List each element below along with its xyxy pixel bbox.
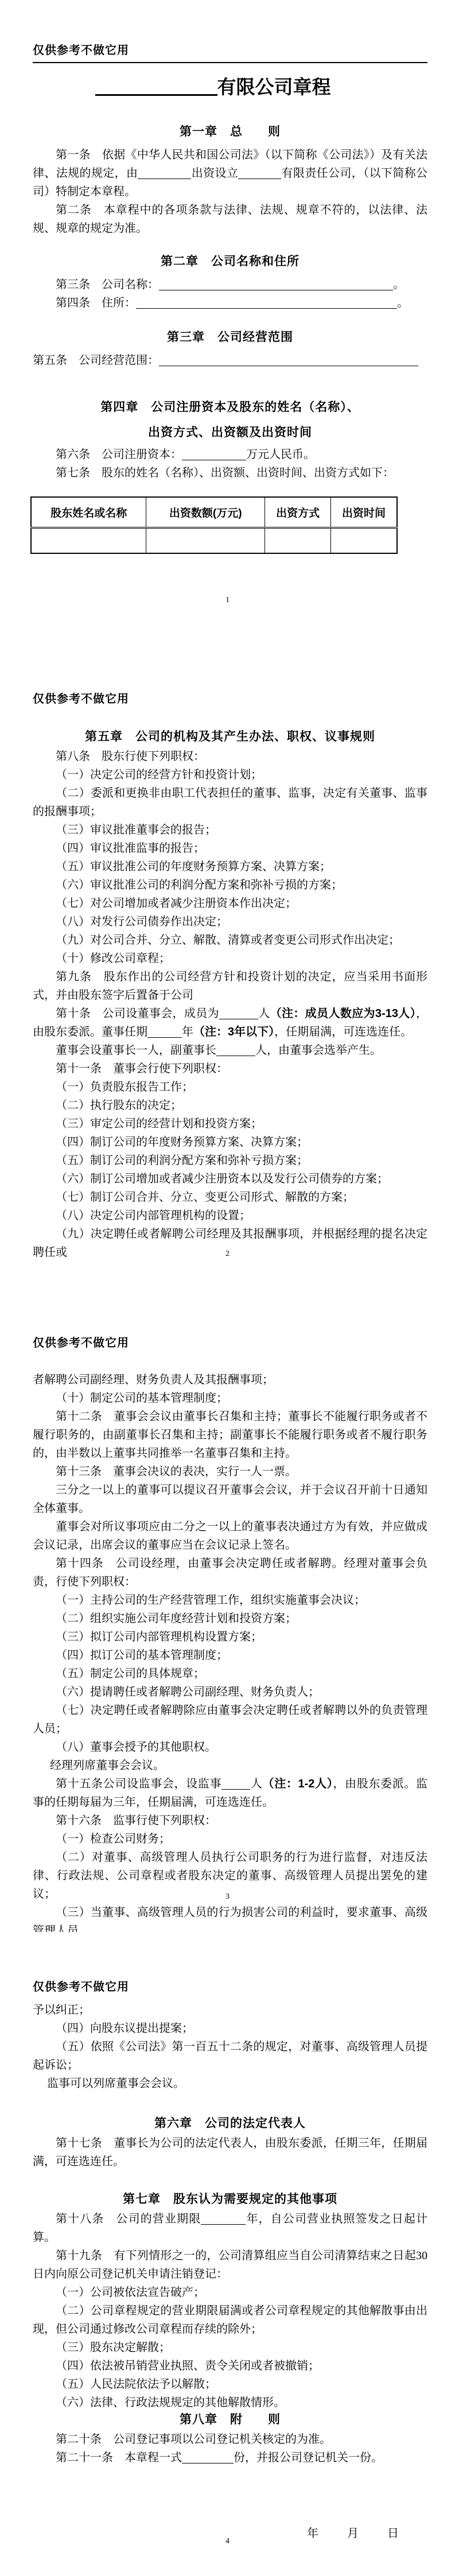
blank-field <box>159 278 393 290</box>
paragraph: 第二条 本章程中的各项条款与法律、法规、规章不符的，以法律、法规、规章的规定为准… <box>33 201 427 238</box>
table-row <box>31 528 397 554</box>
blank-field <box>238 167 281 179</box>
paragraph: 第十八条 公司的营业期限年，自公司营业执照签发之日起计算。 <box>33 2210 427 2247</box>
text-run: 第十二条 董事会会议由董事长召集和主持；董事长不能履行职务或者不履行职务的，由副… <box>33 1410 427 1460</box>
paragraph: 监事可以列席董事会会议。 <box>33 2074 427 2093</box>
text-run: （五）审议批准公司的年度财务预算方案、决算方案； <box>56 860 331 873</box>
paragraph: 第五条 公司经营范围： <box>33 351 427 370</box>
chapter-heading: 第五章 公司的机构及其产生办法、职权、议事规则 <box>33 727 427 747</box>
paragraph: 第七条 股东的姓名（名称）、出资额、出资时间、出资方式如下： <box>33 464 427 482</box>
text-run: 第十四条 公司设经理，由董事会决定聘任或者解聘。经理对董事会负责，行使下列职权： <box>33 1557 427 1588</box>
paragraph: （六）提请聘任或者解聘公司副经理、财务负责人； <box>33 1683 427 1701</box>
chapter-heading: 第七章 股东认为需要规定的其他事项 <box>33 2189 427 2210</box>
blank-field <box>216 1044 255 1056</box>
page-3: 仅供参考不做它用者解聘公司副经理、财务负责人及其报酬事项；（十）制定公司的基本管… <box>0 1288 455 1932</box>
text-run: 份，并报公司登记机关一份。 <box>234 2451 383 2464</box>
text-run: 者解聘公司副经理、财务负责人及其报酬事项； <box>33 1374 274 1386</box>
table-header-cell: 股东姓名或名称 <box>31 497 146 528</box>
chapter-heading-line: 第六章 公司的法定代表人 <box>33 2113 427 2134</box>
paragraph: （五）依照《公司法》第一百五十二条的规定，对董事、高级管理人员提起诉讼； <box>33 2038 427 2074</box>
text-run: 第十三条 董事会决议的表决，实行一人一票。 <box>56 1465 297 1478</box>
bold-note: （注：成员人数应为3-13人） <box>270 1007 416 1020</box>
page-1: 仅供参考不做它用有限公司章程第一章 总 则第一条 依据《中华人民共和国公司法》（… <box>0 0 455 644</box>
paragraph: （三）审定公司的经营计划和投资方案； <box>33 1115 427 1133</box>
chapter-heading: 第四章 公司注册资本及股东的姓名（名称）、出资方式、出资额及出资时间 <box>33 395 427 445</box>
text-run: （六）法律、行政法规规定的其他解散情形。 <box>56 2396 285 2409</box>
chapter-heading-line: 第八章 附 则 <box>33 2410 427 2430</box>
page-4: 仅供参考不做它用予以纠正；（四）向股东议提出提案；（五）依照《公司法》第一百五十… <box>0 1932 455 2576</box>
text-run: 第十条 公司设董事会，成员为 <box>56 1007 219 1020</box>
text-run: （三）审定公司的经营计划和投资方案； <box>56 1118 262 1130</box>
bold-note: （注：1-2人） <box>263 1778 333 1790</box>
paragraph: （三）审议批准董事会的报告； <box>33 821 427 839</box>
text-run: 第二十条 公司登记事项以公司登记机关核定的为准。 <box>56 2433 331 2446</box>
chapter-heading-line: 第一章 总 则 <box>33 122 427 142</box>
text-run: （五）人民法院依法予以解散； <box>56 2378 216 2391</box>
table-header-row: 股东姓名或名称出资数额(万元)出资方式出资时间 <box>31 497 397 528</box>
blank-field <box>138 167 191 179</box>
paragraph: （一）主持公司的生产经营管理工作，组织实施董事会决议； <box>33 1591 427 1609</box>
chapter-heading: 第八章 附 则 <box>33 2410 427 2430</box>
text-run: 第七条 股东的姓名（名称）、出资额、出资时间、出资方式如下： <box>56 467 394 479</box>
text-run: 人 <box>258 1007 270 1020</box>
paragraph: （二）委派和更换非由职工代表担任的董事、监事，决定有关董事、监事的报酬事项； <box>33 784 427 821</box>
text-run: （十）修改公司章程； <box>56 952 170 965</box>
text-run: （三）股东决定解散； <box>56 2341 170 2354</box>
text-run: 出资设立 <box>191 167 238 180</box>
text-run: 万元人民币。 <box>246 448 315 461</box>
table-cell <box>265 528 331 554</box>
text-run: 董事会对所议事项应由二分之一以上的董事表决通过方为有效，并应做成会议记录，出席会… <box>33 1520 427 1551</box>
text-run: 经理列席董事会会议。 <box>50 1759 165 1772</box>
watermark-text: 仅供参考不做它用 <box>33 1334 427 1352</box>
paragraph: （二）执行股东的决定； <box>33 1096 427 1115</box>
text-run: （二）组织实施公司年度经营计划和投资方案； <box>56 1612 297 1625</box>
table-head: 股东姓名或名称出资数额(万元)出资方式出资时间 <box>31 497 397 528</box>
blank-field <box>182 2451 234 2464</box>
text-run: 人，由董事会选举产生。 <box>255 1044 382 1057</box>
paragraph: 第十三条 董事会决议的表决，实行一人一票。 <box>33 1462 427 1481</box>
text-run: 第二条 本章程中的各项条款与法律、法规、规章不符的，以法律、法规、规章的规定为准… <box>33 204 427 235</box>
chapter-heading-line: 第三章 公司经营范围 <box>33 327 427 348</box>
text-run: （二）公司章程规定的营业期限届满或者公司章程规定的其他解散事由出现，但公司通过修… <box>33 2305 427 2336</box>
paragraph: 三分之一以上的董事可以提议召开董事会会议，并于会议召开前十日通知全体董事。 <box>33 1481 427 1518</box>
blank-field <box>219 1007 258 1019</box>
text-run: 第四条 住所： <box>56 297 136 309</box>
text-run: 三分之一以上的董事可以提议召开董事会会议，并于会议召开前十日通知全体董事。 <box>33 1484 427 1515</box>
paragraph: 董事会对所议事项应由二分之一以上的董事表决通过方为有效，并应做成会议记录，出席会… <box>33 1518 427 1554</box>
text-run: （四）审议批准监事的报告； <box>56 842 205 855</box>
paragraph: 第九条 股东作出的公司经营方针和投资计划的决定，应当采用书面形式，并由股东签字后… <box>33 968 427 1004</box>
paragraph: （三）股东决定解散； <box>33 2338 427 2357</box>
page-number: 4 <box>0 2537 455 2546</box>
blank-field <box>201 2213 246 2225</box>
text-run: 监事可以列席董事会会议。 <box>47 2077 185 2090</box>
paragraph: （一）检查公司财务； <box>33 1830 427 1848</box>
document-title: 有限公司章程 <box>33 75 427 100</box>
text-run: （九）对公司合并、分立、解散、清算或者变更公司形式作出决定； <box>56 934 400 946</box>
paragraph: （三）拟订公司内部管理机构设置方案； <box>33 1628 427 1646</box>
paragraph: 第八条 股东行使下列职权： <box>33 747 427 766</box>
chapter-heading: 第二章 公司名称和住所 <box>33 251 427 272</box>
table-cell <box>31 528 146 554</box>
text-run: （三）当董事、高级管理人员的行为损害公司的利益时，要求董事、高级管理人员 <box>33 1906 427 1932</box>
text-run: 。 <box>393 278 405 291</box>
text-run: 董事会设董事长一人，副董事长 <box>56 1044 216 1057</box>
text-run: 第八条 股东行使下列职权： <box>56 750 205 763</box>
page-number: 3 <box>0 1892 455 1902</box>
paragraph: （四）审议批准监事的报告； <box>33 839 427 858</box>
paragraph: 第六条 公司注册资本：万元人民币。 <box>33 445 427 464</box>
bold-note: （注：3年以下） <box>193 1026 274 1038</box>
page-2: 仅供参考不做它用第五章 公司的机构及其产生办法、职权、议事规则第八条 股东行使下… <box>0 644 455 1288</box>
paragraph: 第二十一条 本章程一式份，并报公司登记机关一份。 <box>33 2449 427 2467</box>
paragraph: （一）负责股东报告工作； <box>33 1078 427 1096</box>
page-number: 1 <box>0 596 455 605</box>
paragraph: 第十一条 董事会行使下列职权： <box>33 1060 427 1078</box>
title-blank-field <box>95 83 217 96</box>
table-cell <box>331 528 397 554</box>
paragraph: 第十六条 监事行使下列职权： <box>33 1811 427 1830</box>
text-run: （五）制订公司的利润分配方案和弥补亏损方案； <box>56 1154 308 1167</box>
paragraph: （三）当董事、高级管理人员的行为损害公司的利益时，要求董事、高级管理人员 <box>33 1903 427 1932</box>
paragraph: （五）制订公司的利润分配方案和弥补亏损方案； <box>33 1151 427 1170</box>
paragraph: （十）修改公司章程； <box>33 949 427 968</box>
text-run: （一）公司被依法宣告破产； <box>56 2286 205 2299</box>
chapter-heading-line: 第七章 股东认为需要规定的其他事项 <box>33 2189 427 2210</box>
text-run: （四）依法被吊销营业执照、责令关闭或者被撤销； <box>56 2360 320 2372</box>
text-run: ，任期届满，可连选连任。 <box>274 1026 412 1038</box>
text-run: 第十一条 董事会行使下列职权： <box>56 1062 228 1075</box>
document-title-text: 有限公司章程 <box>217 76 331 98</box>
paragraph: （八）决定公司内部管理机构的设置； <box>33 1206 427 1225</box>
chapter-heading: 第六章 公司的法定代表人 <box>33 2113 427 2134</box>
text-run: （八）董事会授予的其他职权。 <box>56 1741 216 1753</box>
paragraph: （六）审议批准公司的利润分配方案和弥补亏损的方案； <box>33 876 427 894</box>
watermark-text-ruled: 仅供参考不做它用 <box>33 41 427 63</box>
blank-field <box>159 354 418 366</box>
text-run: （七）制订公司合并、分立、变更公司形式、解散的方案； <box>56 1191 354 1204</box>
paragraph: （七）决定聘任或者解聘除应由董事会决定聘任或者解聘以外的负责管理人员； <box>33 1701 427 1738</box>
chapter-heading-line: 出资方式、出资额及出资时间 <box>33 420 427 445</box>
watermark-text: 仅供参考不做它用 <box>33 1978 427 1996</box>
text-run: （十）制定公司的基本管理制度； <box>56 1392 228 1405</box>
paragraph: 董事会设董事长一人，副董事长人，由董事会选举产生。 <box>33 1041 427 1060</box>
text-run: （四）向股东议提出提案； <box>56 2022 193 2035</box>
text-run: 人 <box>250 1778 262 1790</box>
chapter-heading: 第三章 公司经营范围 <box>33 327 427 348</box>
page-number: 2 <box>0 1250 455 1259</box>
paragraph: （一）公司被依法宣告破产； <box>33 2283 427 2302</box>
text-run: （五）依照《公司法》第一百五十二条的规定，对董事、高级管理人员提起诉讼； <box>33 2040 427 2071</box>
text-run: （二）委派和更换非由职工代表担任的董事、监事，决定有关董事、监事的报酬事项； <box>33 787 427 818</box>
paragraph: 第二十条 公司登记事项以公司登记机关核定的为准。 <box>33 2430 427 2449</box>
paragraph: （十）制定公司的基本管理制度； <box>33 1389 427 1407</box>
text-run: 予以纠正； <box>33 2004 90 2016</box>
paragraph: （八）对发行公司债券作出决定； <box>33 913 427 931</box>
text-run: （一）决定公司的经营方针和投资计划； <box>56 769 262 781</box>
text-run: （二）执行股东的决定； <box>56 1099 182 1112</box>
table-header-cell: 出资方式 <box>265 497 331 528</box>
paragraph: （六）制订公司增加或者减少注册资本以及发行公司债券的方案； <box>33 1170 427 1188</box>
text-run: 年 <box>182 1026 193 1038</box>
text-run: 第五条 公司经营范围： <box>33 354 159 367</box>
paragraph: 第十条 公司设董事会，成员为人（注：成员人数应为3-13人），由股东委派。董事任… <box>33 1004 427 1041</box>
text-run: 第十六条 监事行使下列职权： <box>56 1814 216 1827</box>
paragraph: 经理列席董事会会议。 <box>33 1756 427 1775</box>
paragraph: （一）决定公司的经营方针和投资计划； <box>33 766 427 784</box>
paragraph: 第一条 依据《中华人民共和国公司法》（以下简称《公司法》）及有关法律、法规的规定… <box>33 146 427 201</box>
document: 仅供参考不做它用有限公司章程第一章 总 则第一条 依据《中华人民共和国公司法》（… <box>0 0 455 2576</box>
text-run: 第九条 股东作出的公司经营方针和投资计划的决定，应当采用书面形式，并由股东签字后… <box>33 971 427 1002</box>
text-run: （一）检查公司财务； <box>56 1833 170 1845</box>
text-run: （四）拟订公司的基本管理制度； <box>56 1649 228 1662</box>
paragraph: 第十二条 董事会会议由董事长召集和主持；董事长不能履行职务或者不履行职务的，由副… <box>33 1407 427 1462</box>
text-run: （八）决定公司内部管理机构的设置； <box>56 1209 251 1222</box>
paragraph: 第十五条公司设监事会，设监事人（注：1-2人），由股东委派。监事的任期每届为三年… <box>33 1775 427 1811</box>
table-body <box>31 528 397 554</box>
text-run: 第三条 公司名称： <box>56 278 159 291</box>
blank-field <box>182 448 246 460</box>
paragraph: （四）向股东议提出提案； <box>33 2019 427 2038</box>
paragraph: （七）制订公司合并、分立、变更公司形式、解散的方案； <box>33 1188 427 1206</box>
text-run: 第十五条公司设监事会，设监事 <box>56 1778 221 1790</box>
text-run: （五）制定公司的具体规章； <box>56 1667 205 1680</box>
table-header-cell: 出资时间 <box>331 497 397 528</box>
paragraph: （四）依法被吊销营业执照、责令关闭或者被撤销； <box>33 2357 427 2375</box>
blank-field <box>221 1778 250 1790</box>
paragraph: （四）制订公司的年度财务预算方案、决算方案； <box>33 1133 427 1151</box>
paragraph: 者解聘公司副经理、财务负责人及其报酬事项； <box>33 1371 427 1389</box>
chapter-heading-line: 第二章 公司名称和住所 <box>33 251 427 272</box>
text-run: （一）负责股东报告工作； <box>56 1081 193 1093</box>
text-run: 。 <box>397 297 409 309</box>
text-run: （六）提请聘任或者解聘公司副经理、财务负责人； <box>56 1686 320 1698</box>
text-run: （七）决定聘任或者解聘除应由董事会决定聘任或者解聘以外的负责管理人员； <box>33 1704 427 1735</box>
paragraph: 第十七条 董事长为公司的法定代表人，由股东委派，任期三年，任期届满，可连选连任。 <box>33 2134 427 2171</box>
paragraph: 第十四条 公司设经理，由董事会决定聘任或者解聘。经理对董事会负责，行使下列职权： <box>33 1554 427 1591</box>
paragraph: （二）公司章程规定的营业期限届满或者公司章程规定的其他解散事由出现，但公司通过修… <box>33 2302 427 2338</box>
text-run: （七）对公司增加或者减少注册资本作出决定； <box>56 897 297 910</box>
paragraph: 予以纠正； <box>33 2001 427 2019</box>
table-header-cell: 出资数额(万元) <box>146 497 265 528</box>
paragraph: （五）人民法院依法予以解散； <box>33 2375 427 2393</box>
blank-field <box>147 1026 182 1038</box>
paragraph: （四）拟订公司的基本管理制度； <box>33 1646 427 1665</box>
text-run: （八）对发行公司债券作出决定； <box>56 915 228 928</box>
paragraph: （八）董事会授予的其他职权。 <box>33 1738 427 1756</box>
text-run: （一）主持公司的生产经营管理工作，组织实施董事会决议； <box>56 1594 365 1607</box>
blank-field <box>136 297 397 309</box>
paragraph: 第十九条 有下列情形之一的，公司清算组应当自公司清算结束之日起30日内向原公司登… <box>33 2247 427 2283</box>
text-run: （三）拟订公司内部管理机构设置方案； <box>56 1631 262 1643</box>
paragraph: （七）对公司增加或者减少注册资本作出决定； <box>33 894 427 913</box>
paragraph: （二）组织实施公司年度经营计划和投资方案； <box>33 1609 427 1628</box>
watermark-text: 仅供参考不做它用 <box>33 690 427 708</box>
text-run: 第六条 公司注册资本： <box>56 448 182 461</box>
chapter-heading: 第一章 总 则 <box>33 122 427 142</box>
table-cell <box>146 528 265 554</box>
chapter-heading-line: 第四章 公司注册资本及股东的姓名（名称）、 <box>33 395 427 420</box>
text-run: 第十九条 有下列情形之一的，公司清算组应当自公司清算结束之日起30日内向原公司登… <box>33 2249 427 2280</box>
shareholder-table: 股东姓名或名称出资数额(万元)出资方式出资时间 <box>30 496 398 554</box>
paragraph: （九）对公司合并、分立、解散、清算或者变更公司形式作出决定； <box>33 931 427 949</box>
text-run: 第二十一条 本章程一式 <box>56 2451 182 2464</box>
text-run: （六）审议批准公司的利润分配方案和弥补亏损的方案； <box>56 879 343 891</box>
text-run: （六）制订公司增加或者减少注册资本以及发行公司债券的方案； <box>56 1173 388 1185</box>
text-run: （三）审议批准董事会的报告； <box>56 824 216 836</box>
paragraph: 第三条 公司名称：。 <box>33 276 427 294</box>
chapter-heading-line: 第五章 公司的机构及其产生办法、职权、议事规则 <box>33 727 427 747</box>
paragraph: （五）制定公司的具体规章； <box>33 1665 427 1683</box>
paragraph: 第四条 住所：。 <box>33 294 427 312</box>
text-run: （四）制订公司的年度财务预算方案、决算方案； <box>56 1136 308 1149</box>
paragraph: （五）审议批准公司的年度财务预算方案、决算方案； <box>33 858 427 876</box>
text-run: 第十八条 公司的营业期限 <box>56 2213 201 2225</box>
text-run: 第十七条 董事长为公司的法定代表人，由股东委派，任期三年，任期届满，可连选连任。 <box>33 2137 427 2168</box>
